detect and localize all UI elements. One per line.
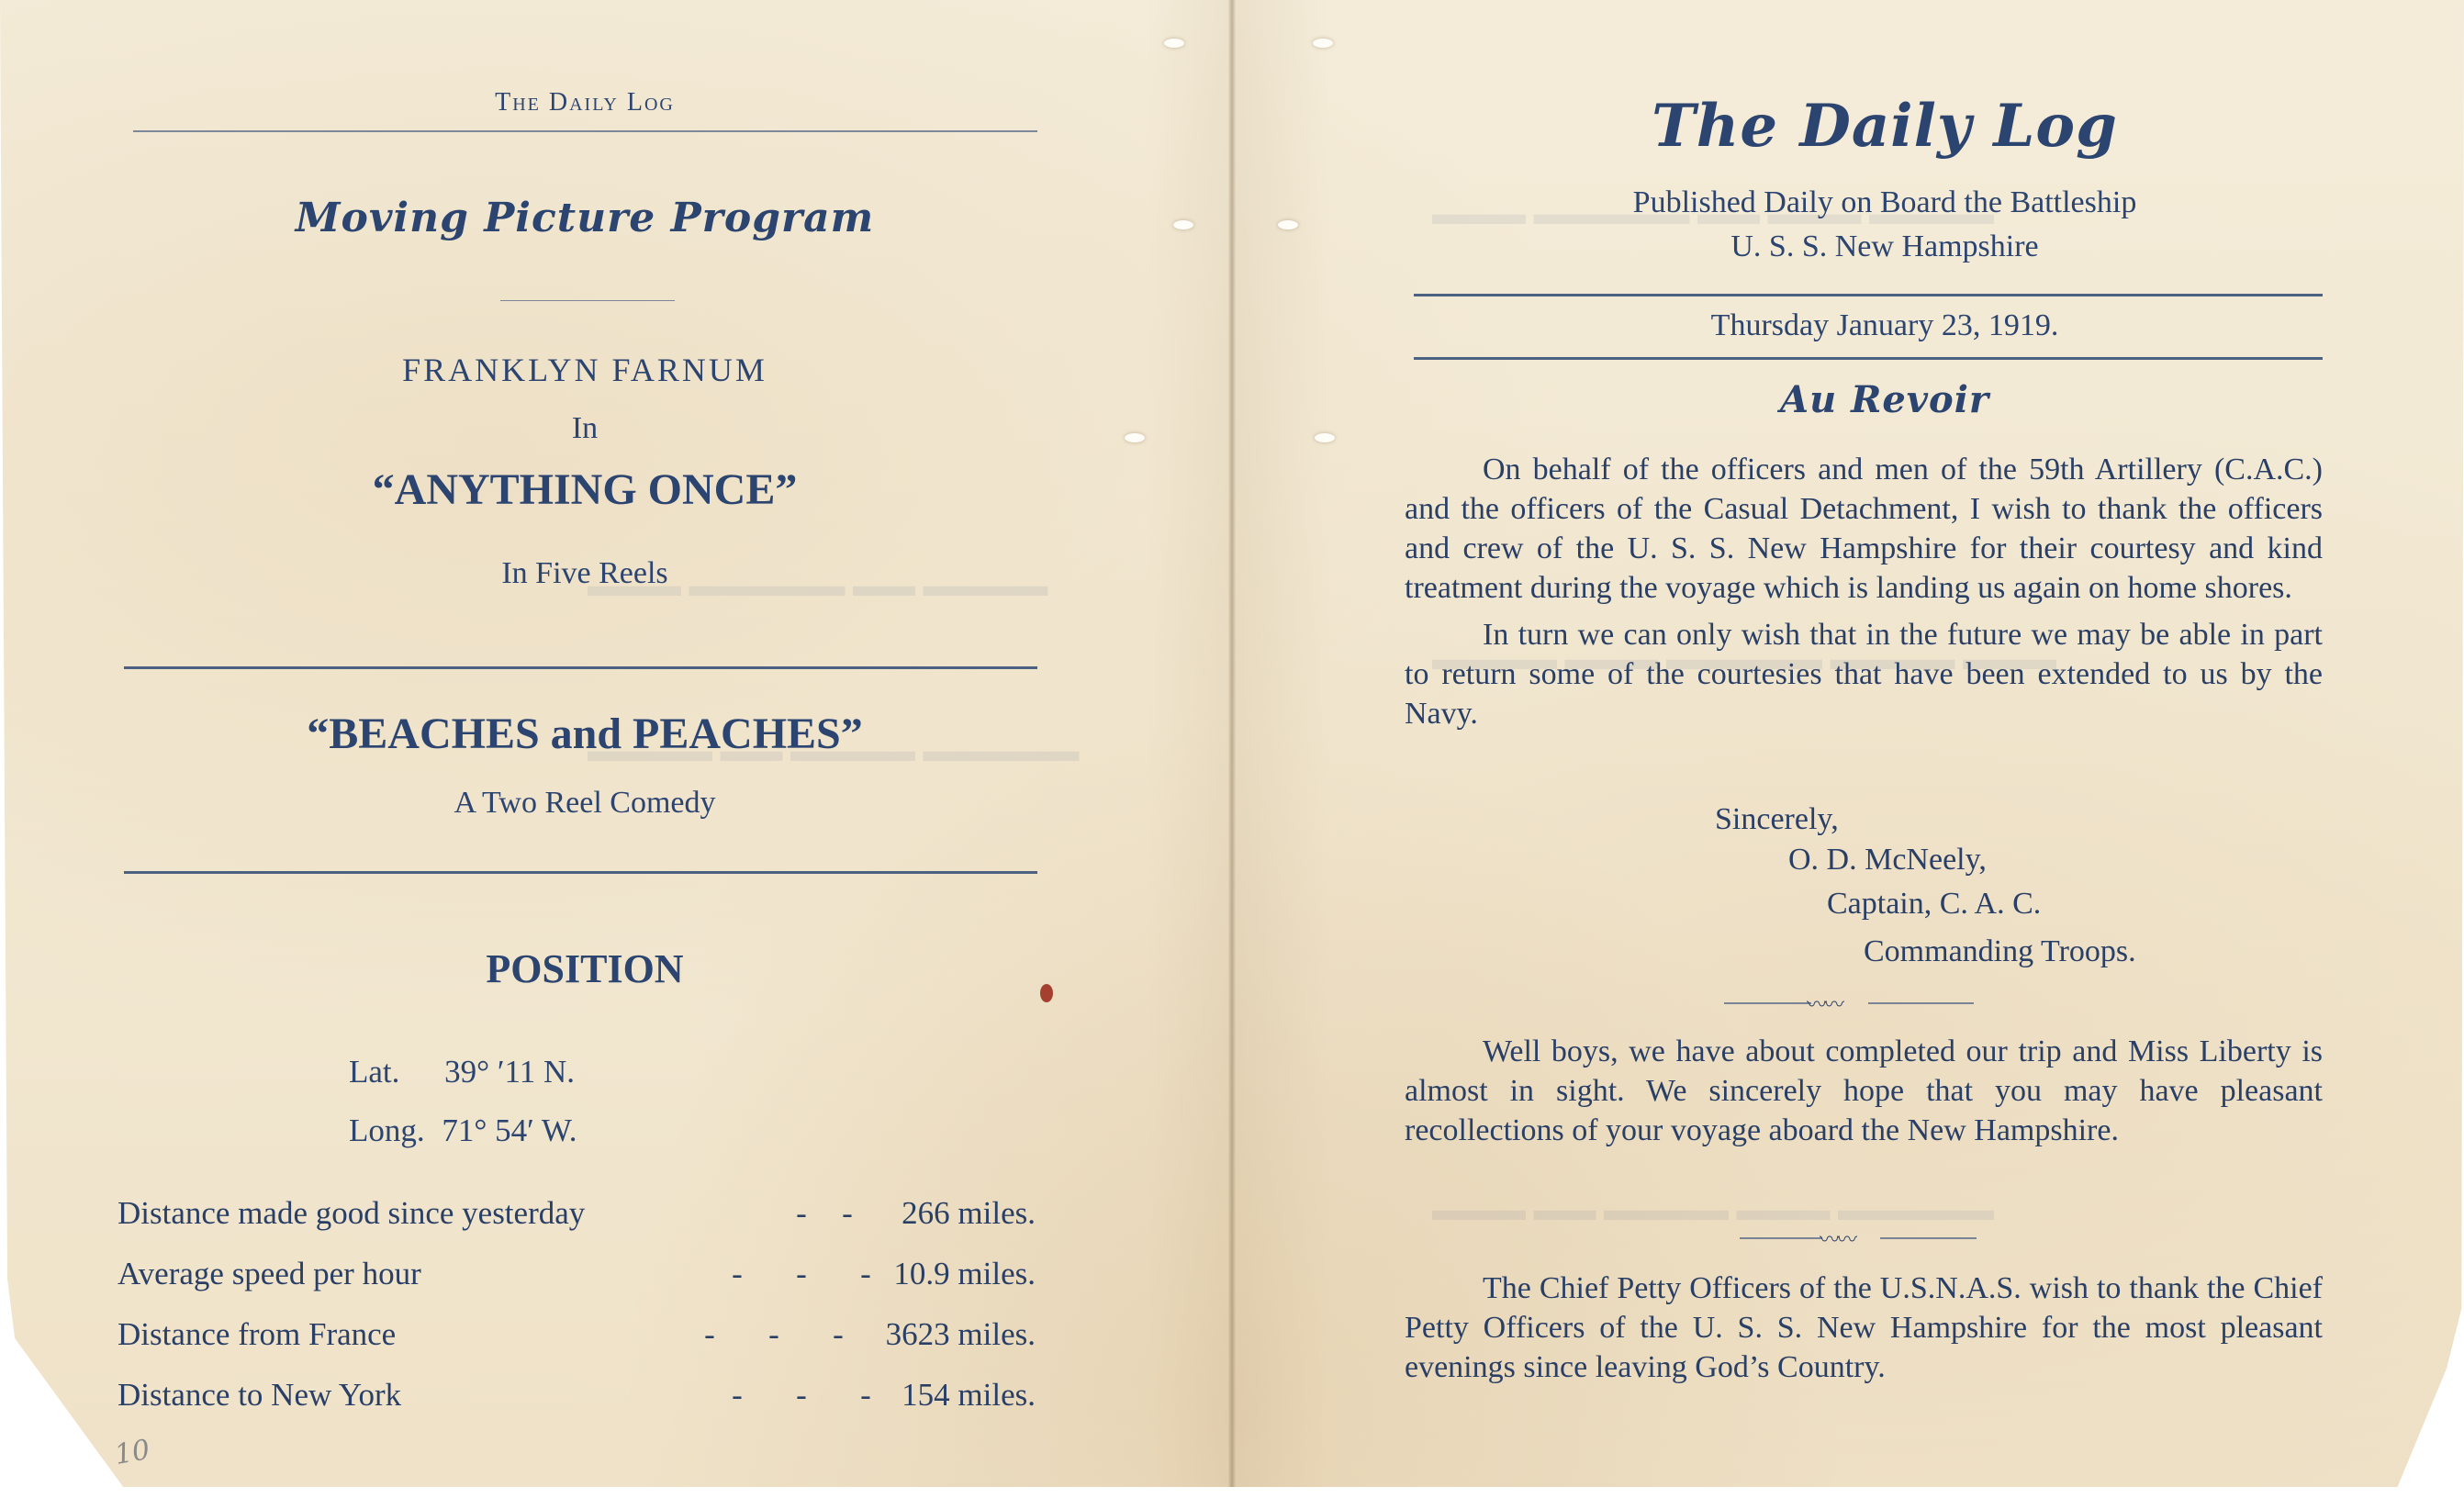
feature-reels: In Five Reels [501, 556, 667, 591]
liberty-paragraph: Well boys, we have about completed our t… [1405, 1032, 2323, 1150]
article-paragraph: In turn we can only wish that in the fut… [1405, 615, 2323, 733]
ornament-divider-center: 〰〰 [1820, 1224, 1854, 1253]
ornament-divider-left [1724, 1002, 1811, 1004]
dash: - [796, 1195, 807, 1232]
running-head: The Daily Log [495, 88, 675, 117]
dash: - [860, 1256, 871, 1292]
signature-name: O. D. McNeely, [1788, 843, 1987, 878]
ornament-divider-right [1880, 1237, 1977, 1239]
position-heading: POSITION [486, 945, 683, 992]
stat-label: Distance to New York [118, 1377, 401, 1414]
leader-dashes: - - [778, 1195, 870, 1232]
stat-label: Distance from France [118, 1316, 396, 1353]
signature-role: Commanding Troops. [1864, 934, 2136, 969]
section-divider [124, 871, 1037, 874]
stat-value: 266 miles. [902, 1195, 1036, 1232]
center-fold [1228, 0, 1236, 1487]
staple-hole [1173, 220, 1193, 229]
dash: - [842, 1195, 853, 1232]
staple-hole [1125, 433, 1145, 442]
ornament-divider-left [1740, 1237, 1822, 1239]
dash: - [768, 1316, 779, 1353]
ornament-divider-right [1868, 1002, 1974, 1004]
ornament-rule [500, 300, 675, 301]
cpo-paragraph: The Chief Petty Officers of the U.S.N.A.… [1405, 1269, 2323, 1387]
leader-dashes: - - - [705, 1256, 898, 1292]
signature-rank: Captain, C. A. C. [1827, 887, 2041, 922]
latitude-label: Lat. [349, 1054, 399, 1090]
staple-hole [1278, 220, 1298, 229]
ink-stain [1040, 984, 1053, 1002]
staple-hole [1164, 39, 1184, 48]
latitude-value: 39° ′11 N. [444, 1054, 575, 1090]
latitude-row: Lat. 39° ′11 N. [349, 1054, 575, 1090]
feature-star: FRANKLYN FARNUM [402, 351, 767, 389]
dash: - [796, 1377, 807, 1414]
dash: - [732, 1377, 743, 1414]
liberty-paragraph-block: Well boys, we have about completed our t… [1405, 1032, 2323, 1150]
stat-label: Distance made good since yesterday [118, 1195, 585, 1232]
ornament-divider-center: 〰〰 [1807, 989, 1842, 1018]
dash: - [732, 1256, 743, 1292]
cpo-paragraph-block: The Chief Petty Officers of the U.S.N.A.… [1405, 1269, 2323, 1387]
date-rule-top [1414, 294, 2323, 296]
longitude-row: Long. 71° 54′ W. [349, 1112, 577, 1149]
longitude-label: Long. [349, 1112, 425, 1148]
masthead-subtitle-1: Published Daily on Board the Battleship [1633, 185, 2137, 220]
feature-connector: In [572, 411, 598, 446]
dash: - [860, 1377, 871, 1414]
issue-date: Thursday January 23, 1919. [1711, 308, 2059, 343]
dash: - [796, 1256, 807, 1292]
staple-hole [1313, 39, 1333, 48]
masthead-subtitle-2: U. S. S. New Hampshire [1730, 229, 2038, 264]
article-body: On behalf of the officers and men of the… [1405, 450, 2323, 733]
date-rule-bottom [1414, 357, 2323, 360]
stat-value: 10.9 miles. [893, 1256, 1036, 1292]
handwritten-note: 10 [112, 1434, 152, 1471]
stat-value: 3623 miles. [886, 1316, 1036, 1353]
leader-dashes: - - - [705, 1377, 898, 1414]
stat-label: Average speed per hour [118, 1256, 421, 1292]
feature-title: “ANYTHING ONCE” [373, 464, 798, 515]
signature-closing: Sincerely, [1715, 802, 1839, 837]
dash: - [704, 1316, 715, 1353]
article-paragraph: On behalf of the officers and men of the… [1405, 450, 2323, 608]
masthead: The Daily Log [1652, 92, 2118, 161]
longitude-value: 71° 54′ W. [442, 1112, 577, 1148]
staple-hole [1315, 433, 1335, 442]
short-description: A Two Reel Comedy [454, 786, 715, 821]
leader-dashes: - - - [678, 1316, 870, 1353]
header-rule [133, 130, 1037, 132]
short-title: “BEACHES and PEACHES” [307, 709, 863, 759]
section-divider [124, 666, 1037, 669]
article-title: Au Revoir [1780, 378, 1989, 421]
dash: - [833, 1316, 844, 1353]
stat-value: 154 miles. [902, 1377, 1036, 1414]
section-title: Moving Picture Program [296, 195, 874, 241]
